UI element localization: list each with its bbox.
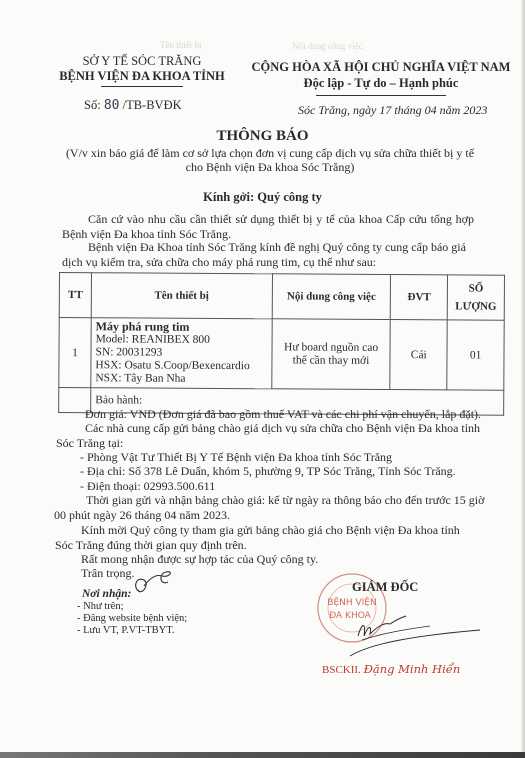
signatory-position: GIÁM ĐỐC bbox=[352, 580, 418, 595]
paragraph-basis: Căn cứ vào nhu cầu cần thiết sử dụng thi… bbox=[62, 212, 474, 241]
recipient-item: - Đăng website bệnh viện; bbox=[77, 613, 187, 625]
issuing-authority-block: SỞ Y TẾ SÓC TRĂNG BỆNH VIỆN ĐA KHOA TỈNH bbox=[52, 54, 232, 87]
recipient-item: - Như trên; bbox=[77, 601, 124, 613]
device-manufacturer: HSX: Osatu S.Coop/Bexencardio bbox=[95, 359, 267, 373]
cell-qty: 01 bbox=[447, 320, 504, 390]
doc-no-suffix: /TB-BVĐK bbox=[123, 98, 182, 112]
equipment-table: TT Tên thiết bị Nội dung công việc ĐVT S… bbox=[58, 272, 505, 416]
header-right-underline bbox=[316, 95, 446, 96]
recipients-label: Nơi nhận: bbox=[82, 588, 131, 600]
cell-tt: 1 bbox=[59, 318, 91, 388]
device-name: Máy phá rung tim bbox=[96, 320, 268, 334]
director-signature-icon bbox=[340, 600, 490, 660]
paragraph-deadline: Thời gian gửi và nhận bảng chào giá: kể … bbox=[54, 493, 486, 522]
document-number: Số: 80 /TB-BVĐK bbox=[84, 98, 182, 113]
col-header-tt: TT bbox=[59, 273, 91, 318]
paragraph-cooperation: Rất mong nhận được sự hợp tác của Quý cô… bbox=[81, 552, 318, 567]
initials-signature-icon bbox=[130, 568, 180, 598]
doc-no-label: Số: bbox=[84, 98, 101, 112]
national-header-block: CỘNG HÒA XÃ HỘI CHỦ NGHĨA VIỆT NAM Độc l… bbox=[246, 59, 516, 96]
scan-right-edge bbox=[521, 0, 525, 752]
device-origin: NSX: Tây Ban Nha bbox=[95, 372, 267, 386]
recipient-item: - Lưu VT, P.VT-TBYT. bbox=[77, 625, 174, 637]
scanned-document-page: Tên thiết bị Nội dung công việc SỞ Y TẾ … bbox=[0, 0, 525, 758]
cell-job: Hư board nguồn cao thế cần thay mới bbox=[271, 319, 390, 390]
greeting: Kính gởi: Quý công ty bbox=[0, 190, 525, 205]
bleed-through-text-right: Nội dung công việc bbox=[292, 41, 363, 51]
scan-bottom-edge bbox=[0, 752, 525, 758]
issue-date: Sóc Trăng, ngày 17 tháng 04 năm 2023 bbox=[298, 103, 487, 118]
department-name: SỞ Y TẾ SÓC TRĂNG bbox=[52, 54, 232, 69]
hospital-name: BỆNH VIỆN ĐA KHOA TỈNH bbox=[52, 69, 232, 84]
header-left-underline bbox=[101, 86, 183, 87]
cell-unit: Cái bbox=[390, 320, 447, 390]
doc-no-value: 80 bbox=[104, 98, 120, 113]
paragraph-submission-place: Các nhà cung cấp gửi bảng chào giá dịch … bbox=[56, 421, 486, 450]
bleed-through-text-left: Tên thiết bị bbox=[160, 40, 202, 50]
paragraph-regards: Trân trọng. bbox=[81, 566, 135, 581]
contact-address: - Địa chỉ: Số 378 Lê Duẩn, khóm 5, phườn… bbox=[80, 464, 456, 479]
table-row: 1 Máy phá rung tim Model: REANIBEX 800 S… bbox=[59, 318, 504, 391]
document-subject: (V/v xin báo giá để làm cơ sở lựa chọn đ… bbox=[60, 146, 480, 174]
signatory-name: Đặng Minh Hiển bbox=[364, 662, 461, 676]
cell-device: Máy phá rung tim Model: REANIBEX 800 SN:… bbox=[91, 318, 272, 389]
col-header-device: Tên thiết bị bbox=[91, 273, 272, 319]
nation-name: CỘNG HÒA XÃ HỘI CHỦ NGHĨA VIỆT NAM bbox=[246, 59, 516, 75]
signatory-title: BSCKII. bbox=[322, 664, 361, 676]
col-header-qty: SỐ LƯỢNG bbox=[447, 275, 504, 320]
paragraph-invitation: Kính mời Quý công ty tham gia gửi bảng c… bbox=[55, 523, 475, 552]
signatory-name-block: BSCKII. Đặng Minh Hiển bbox=[322, 662, 460, 676]
device-model: Model: REANIBEX 800 bbox=[96, 333, 268, 347]
table-header-row: TT Tên thiết bị Nội dung công việc ĐVT S… bbox=[59, 273, 504, 321]
col-header-unit: ĐVT bbox=[391, 275, 448, 320]
paragraph-request: Bệnh viện Đa Khoa tỉnh Sóc Trăng kính đề… bbox=[62, 240, 482, 269]
col-header-job: Nội dung công việc bbox=[272, 274, 391, 320]
document-title: THÔNG BÁO bbox=[0, 128, 525, 145]
device-serial: SN: 20031293 bbox=[95, 346, 267, 360]
paragraph-unit-price: Đơn giá: VND (Đơn giá đã bao gồm thuế VA… bbox=[85, 407, 505, 422]
contact-department: - Phòng Vật Tư Thiết Bị Y Tế Bệnh viện Đ… bbox=[80, 450, 392, 465]
national-motto: Độc lập - Tự do – Hạnh phúc bbox=[246, 75, 516, 91]
contact-phone: - Điện thoại: 02993.500.611 bbox=[80, 479, 215, 494]
